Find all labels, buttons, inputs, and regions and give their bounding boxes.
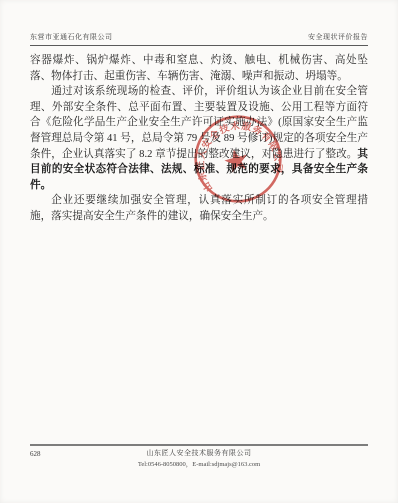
page-header: 东营市亚通石化有限公司 安全现状评价报告	[30, 32, 368, 46]
paragraph-hazard-list: 容器爆炸、锅炉爆炸、中毒和窒息、灼烫、触电、机械伤害、高处坠落、物体打击、起重伤…	[30, 53, 368, 84]
header-company: 东营市亚通石化有限公司	[30, 32, 113, 42]
page-footer: 628 山东匠人安全技术服务有限公司 Tel:0546-8050800，E-ma…	[30, 444, 368, 468]
header-report-title: 安全现状评价报告	[308, 32, 368, 42]
footer-company-name: 山东匠人安全技术服务有限公司	[30, 448, 368, 458]
document-page: 东营市亚通石化有限公司 安全现状评价报告 容器爆炸、锅炉爆炸、中毒和窒息、灼烫、…	[0, 0, 398, 503]
paragraph-recommendation: 企业还要继续加强安全管理，认真落实所制订的各项安全管理措施，落实提高安全生产条件…	[30, 193, 368, 224]
page-number: 628	[30, 450, 41, 458]
document-body: 容器爆炸、锅炉爆炸、中毒和窒息、灼烫、触电、机械伤害、高处坠落、物体打击、起重伤…	[30, 53, 368, 225]
paragraph-evaluation-conclusion: 通过对该系统现场的检查、评价，评价组认为该企业目前在安全管理、外部安全条件、总平…	[30, 84, 368, 193]
footer-contact-info: Tel:0546-8050800，E-mail:sdjmajs@163.com	[30, 459, 368, 468]
conclusion-normal-text: 通过对该系统现场的检查、评价，评价组认为该企业目前在安全管理、外部安全条件、总平…	[30, 86, 368, 159]
footer-center-block: 山东匠人安全技术服务有限公司 Tel:0546-8050800，E-mail:s…	[30, 448, 368, 468]
